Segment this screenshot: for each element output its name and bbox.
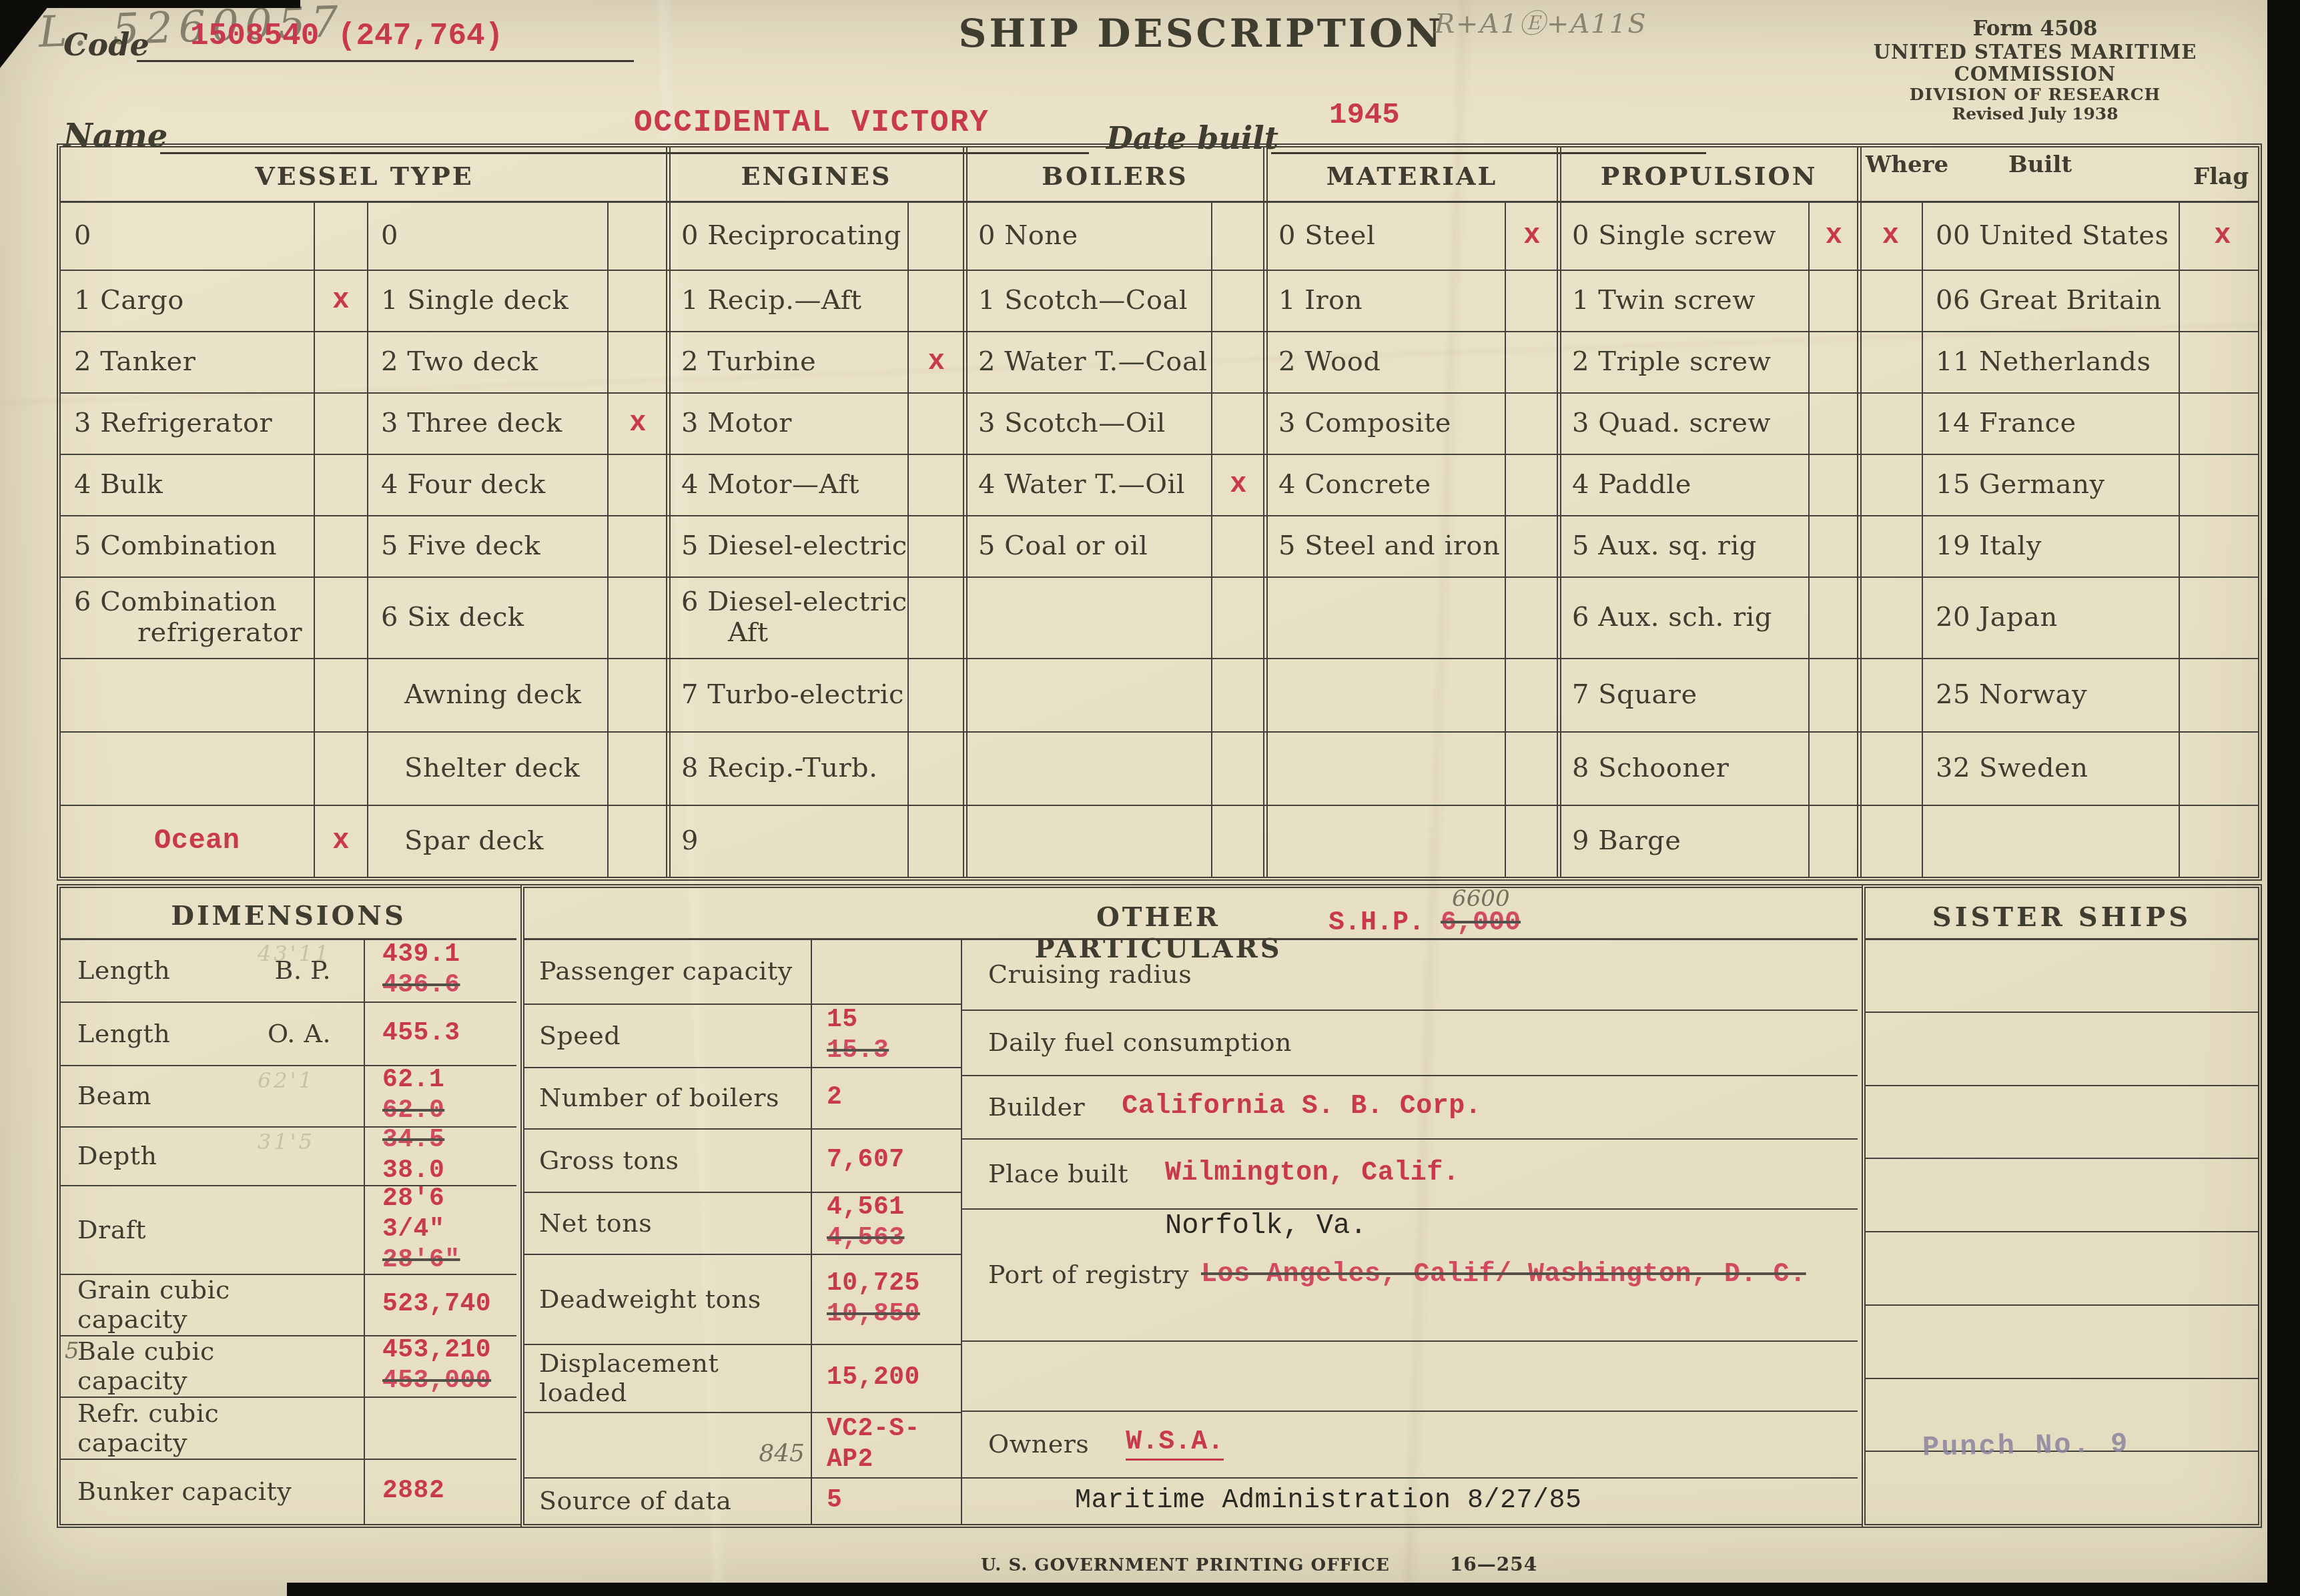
handwritten-note: R+A1Ⓔ+A11S [1435, 3, 1647, 41]
engines-option: 3 Motor [681, 392, 908, 454]
particular-label: Net tons [539, 1192, 799, 1254]
propulsion-option: 1 Twin screw [1572, 270, 1809, 331]
particular-label: Passenger capacity [539, 938, 799, 1004]
deck-type-option: 6 Six deck [381, 576, 608, 658]
deck-type-option: 2 Two deck [381, 331, 608, 392]
table-rule-horizontal [61, 658, 2258, 659]
country-option: 00 United States [1936, 201, 2179, 270]
scanned-ship-description-form: L. 5260057 Code 1508540 (247,764) SHIP D… [0, 0, 2300, 1596]
column-header: PROPULSION [1559, 161, 1859, 191]
scanner-background-bottom [287, 1583, 2300, 1596]
particular-label: Source of data [539, 1477, 799, 1524]
check-x: x [1212, 454, 1265, 515]
particular-value: 7,607 [821, 1128, 955, 1192]
country-option: 19 Italy [1936, 515, 2179, 576]
dimension-value: 62.162.0 [374, 1065, 514, 1126]
dimension-value: 453,210453,000 [374, 1335, 514, 1396]
check-x: x [314, 270, 368, 331]
table-rule-horizontal [1866, 938, 2258, 940]
table-rule-horizontal [1866, 1085, 2258, 1086]
boilers-option: 1 Scotch—Coal [978, 270, 1212, 331]
page-title: SHIP DESCRIPTION [901, 11, 1501, 56]
dimension-label: LengthO. A. [77, 1002, 351, 1065]
particular-row: Maritime Administration 8/27/85 [962, 1477, 1858, 1524]
particular-value: 2 [821, 1067, 955, 1128]
propulsion-option: 7 Square [1572, 658, 1809, 731]
propulsion-option: 2 Triple screw [1572, 331, 1809, 392]
table-rule-horizontal [61, 731, 2258, 733]
dimension-value: 34.538.0 [374, 1126, 514, 1185]
table-rule-vertical [811, 938, 812, 1524]
print-code: 16—254 [1450, 1553, 1537, 1575]
particular-row: Cruising radius [962, 938, 1858, 1010]
engines-option: 5 Diesel-electric [681, 515, 908, 576]
engines-option: 6 Diesel-electricAft [681, 576, 908, 658]
boilers-option: 4 Water T.—Oil [978, 454, 1212, 515]
typed-annotation: Norfolk, Va. [1165, 1210, 1367, 1242]
dimension-value: 455.3 [374, 1002, 514, 1065]
dimensions-title: DIMENSIONS [61, 900, 516, 931]
where-built-header: WhereBuilt [1866, 153, 1979, 177]
country-option: 06 Great Britain [1936, 270, 2179, 331]
particular-value: 5 [821, 1477, 955, 1524]
particular-label: Deadweight tons [539, 1254, 799, 1344]
punch-number-stamp: Punch No. 9 [1922, 1428, 2130, 1463]
check-x: x [2179, 201, 2266, 270]
date-built-value: 1945 [1329, 99, 1400, 132]
pencil-note: 43'11 [258, 941, 331, 966]
division-name: DIVISION OF RESEARCH [1802, 85, 2269, 105]
material-option: 4 Concrete [1278, 454, 1505, 515]
engines-option: 2 Turbine [681, 331, 908, 392]
particular-value: 1515.3 [821, 1004, 955, 1067]
deck-type-option: Awning deck [404, 658, 631, 731]
particular-row: Place builtWilmington, Calif. [962, 1138, 1858, 1208]
boilers-option: 3 Scotch—Oil [978, 392, 1212, 454]
country-option: 15 Germany [1936, 454, 2179, 515]
scanner-background-right [2267, 0, 2300, 1596]
flag-header: Flag [2179, 163, 2263, 190]
shp-pencil-note: 6600 [1452, 885, 1510, 912]
propulsion-option: 3 Quad. screw [1572, 392, 1809, 454]
material-option: 2 Wood [1278, 331, 1505, 392]
particular-row: Daily fuel consumption [962, 1010, 1858, 1075]
dimension-value: 439.1436.6 [374, 938, 514, 1002]
pencil-note: 845 [725, 1440, 805, 1467]
vessel-type-option: Ocean [74, 805, 314, 877]
column-header: BOILERS [965, 161, 1265, 191]
deck-type-option: Spar deck [404, 805, 631, 877]
vessel-type-option: 5 Combination [74, 515, 314, 576]
check-x: x [908, 331, 965, 392]
engines-option: 1 Recip.—Aft [681, 270, 908, 331]
table-rule-horizontal [1866, 1012, 2258, 1013]
country-option: 32 Sweden [1936, 731, 2179, 805]
sister-ships-title: SISTER SHIPS [1866, 901, 2258, 933]
table-rule-horizontal [1866, 1304, 2258, 1306]
printing-office: U. S. GOVERNMENT PRINTING OFFICE [981, 1555, 1390, 1575]
form-number: Form 4508 [1802, 17, 2269, 41]
material-option: 3 Composite [1278, 392, 1505, 454]
deck-type-option: 0 [381, 201, 608, 270]
ship-name-value: OCCIDENTAL VICTORY [634, 105, 990, 140]
dimension-label: Bunker capacity [77, 1459, 351, 1524]
check-x: x [314, 805, 368, 877]
particular-row [962, 1340, 1858, 1411]
vessel-type-option: 2 Tanker [74, 331, 314, 392]
table-rule-horizontal [1866, 1158, 2258, 1159]
propulsion-option: 6 Aux. sch. rig [1572, 576, 1809, 658]
code-underline [137, 60, 634, 62]
particular-value: 15,200 [821, 1344, 955, 1412]
propulsion-option: 4 Paddle [1572, 454, 1809, 515]
where-built-check-x: x [1859, 201, 1922, 270]
revision-date: Revised July 1938 [1802, 105, 2269, 124]
engines-option: 0 Reciprocating [681, 201, 908, 270]
propulsion-option: 9 Barge [1572, 805, 1809, 877]
dimension-label: Bale cubic capacity [77, 1335, 351, 1396]
dimension-value: 2882 [374, 1459, 514, 1524]
particular-label: Speed [539, 1004, 799, 1067]
engines-option: 8 Recip.-Turb. [681, 731, 908, 805]
code-value: 1508540 (247,764) [190, 19, 503, 53]
check-x: x [1809, 201, 1859, 270]
country-option: 20 Japan [1936, 576, 2179, 658]
agency-name: UNITED STATES MARITIME COMMISSION [1802, 41, 2269, 86]
boilers-option: 0 None [978, 201, 1212, 270]
print-office-footer: U. S. GOVERNMENT PRINTING OFFICE16—254 [981, 1553, 1537, 1575]
propulsion-option: 8 Schooner [1572, 731, 1809, 805]
material-option: 1 Iron [1278, 270, 1505, 331]
check-x: x [608, 392, 668, 454]
deck-type-option: 5 Five deck [381, 515, 608, 576]
boilers-option: 2 Water T.—Coal [978, 331, 1212, 392]
column-header: MATERIAL [1265, 161, 1559, 191]
particular-label: Displacement loaded [539, 1344, 799, 1412]
material-option: 5 Steel and iron [1278, 515, 1505, 576]
engines-option: 9 [681, 805, 908, 877]
table-rule-horizontal [1866, 1231, 2258, 1232]
particular-row: BuilderCalifornia S. B. Corp. [962, 1075, 1858, 1138]
sister-ships-table: SISTER SHIPSPunch No. 9 [1862, 884, 2262, 1528]
particular-row: Port of registryLos Angeles, Calif/ Wash… [962, 1208, 1858, 1340]
deck-type-option: 3 Three deck [381, 392, 608, 454]
form-identification-block: Form 4508 UNITED STATES MARITIME COMMISS… [1802, 17, 2269, 124]
vessel-type-option: 0 [74, 201, 314, 270]
propulsion-option: 5 Aux. sq. rig [1572, 515, 1809, 576]
dimension-label: Refr. cubic capacity [77, 1396, 351, 1459]
vessel-type-option: 1 Cargo [74, 270, 314, 331]
particular-value: 10,72510,850 [821, 1254, 955, 1344]
vessel-type-option: 6 Combinationrefrigerator [74, 576, 314, 658]
country-option: 14 France [1936, 392, 2179, 454]
material-option: 0 Steel [1278, 201, 1505, 270]
dimension-value: 28'6 3/4"28'6" [374, 1185, 514, 1274]
boilers-option: 5 Coal or oil [978, 515, 1212, 576]
country-option: 11 Netherlands [1936, 331, 2179, 392]
country-option: 25 Norway [1936, 658, 2179, 731]
deck-type-option: 1 Single deck [381, 270, 608, 331]
pencil-note: 62'1 [258, 1068, 315, 1093]
column-header: ENGINES [668, 161, 965, 191]
classification-table: VESSEL TYPEENGINESBOILERSMATERIALPROPULS… [57, 143, 2262, 881]
margin-pencil-note: 5 [65, 1338, 79, 1364]
table-rule-vertical [666, 147, 671, 877]
paper-sheet: L. 5260057 Code 1508540 (247,764) SHIP D… [0, 0, 2300, 1596]
vessel-type-option: 4 Bulk [74, 454, 314, 515]
table-rule-horizontal [61, 805, 2258, 806]
particular-row: OwnersW.S.A. [962, 1411, 1858, 1477]
table-rule-vertical [1922, 201, 1923, 877]
deck-type-option: Shelter deck [404, 731, 631, 805]
particular-value: 4,5614,563 [821, 1192, 955, 1254]
pencil-note: 31'5 [258, 1129, 315, 1154]
table-rule-vertical [364, 938, 365, 1524]
particular-value: VC2-S-AP2 [821, 1412, 955, 1477]
table-rule-horizontal [1866, 1378, 2258, 1379]
vessel-type-option: 3 Refrigerator [74, 392, 314, 454]
check-x: x [1505, 201, 1559, 270]
code-label: Code [63, 27, 149, 63]
engines-option: 7 Turbo-electric [681, 658, 908, 731]
dimensions-table: DIMENSIONSLengthB. P.439.1436.643'11Leng… [57, 884, 520, 1528]
particular-label: Number of boilers [539, 1067, 799, 1128]
particular-label: Gross tons [539, 1128, 799, 1192]
dimension-value: 523,740 [374, 1274, 514, 1335]
table-rule-vertical [963, 147, 968, 877]
engines-option: 4 Motor—Aft [681, 454, 908, 515]
column-header: VESSEL TYPE [61, 161, 668, 191]
deck-type-option: 4 Four deck [381, 454, 608, 515]
other-particulars-table: OTHER PARTICULARSS.H.P. 6,0006600Passeng… [520, 884, 1862, 1528]
propulsion-option: 0 Single screw [1572, 201, 1809, 270]
dimension-label: Draft [77, 1185, 351, 1274]
dimension-label: Grain cubic capacity [77, 1274, 351, 1335]
